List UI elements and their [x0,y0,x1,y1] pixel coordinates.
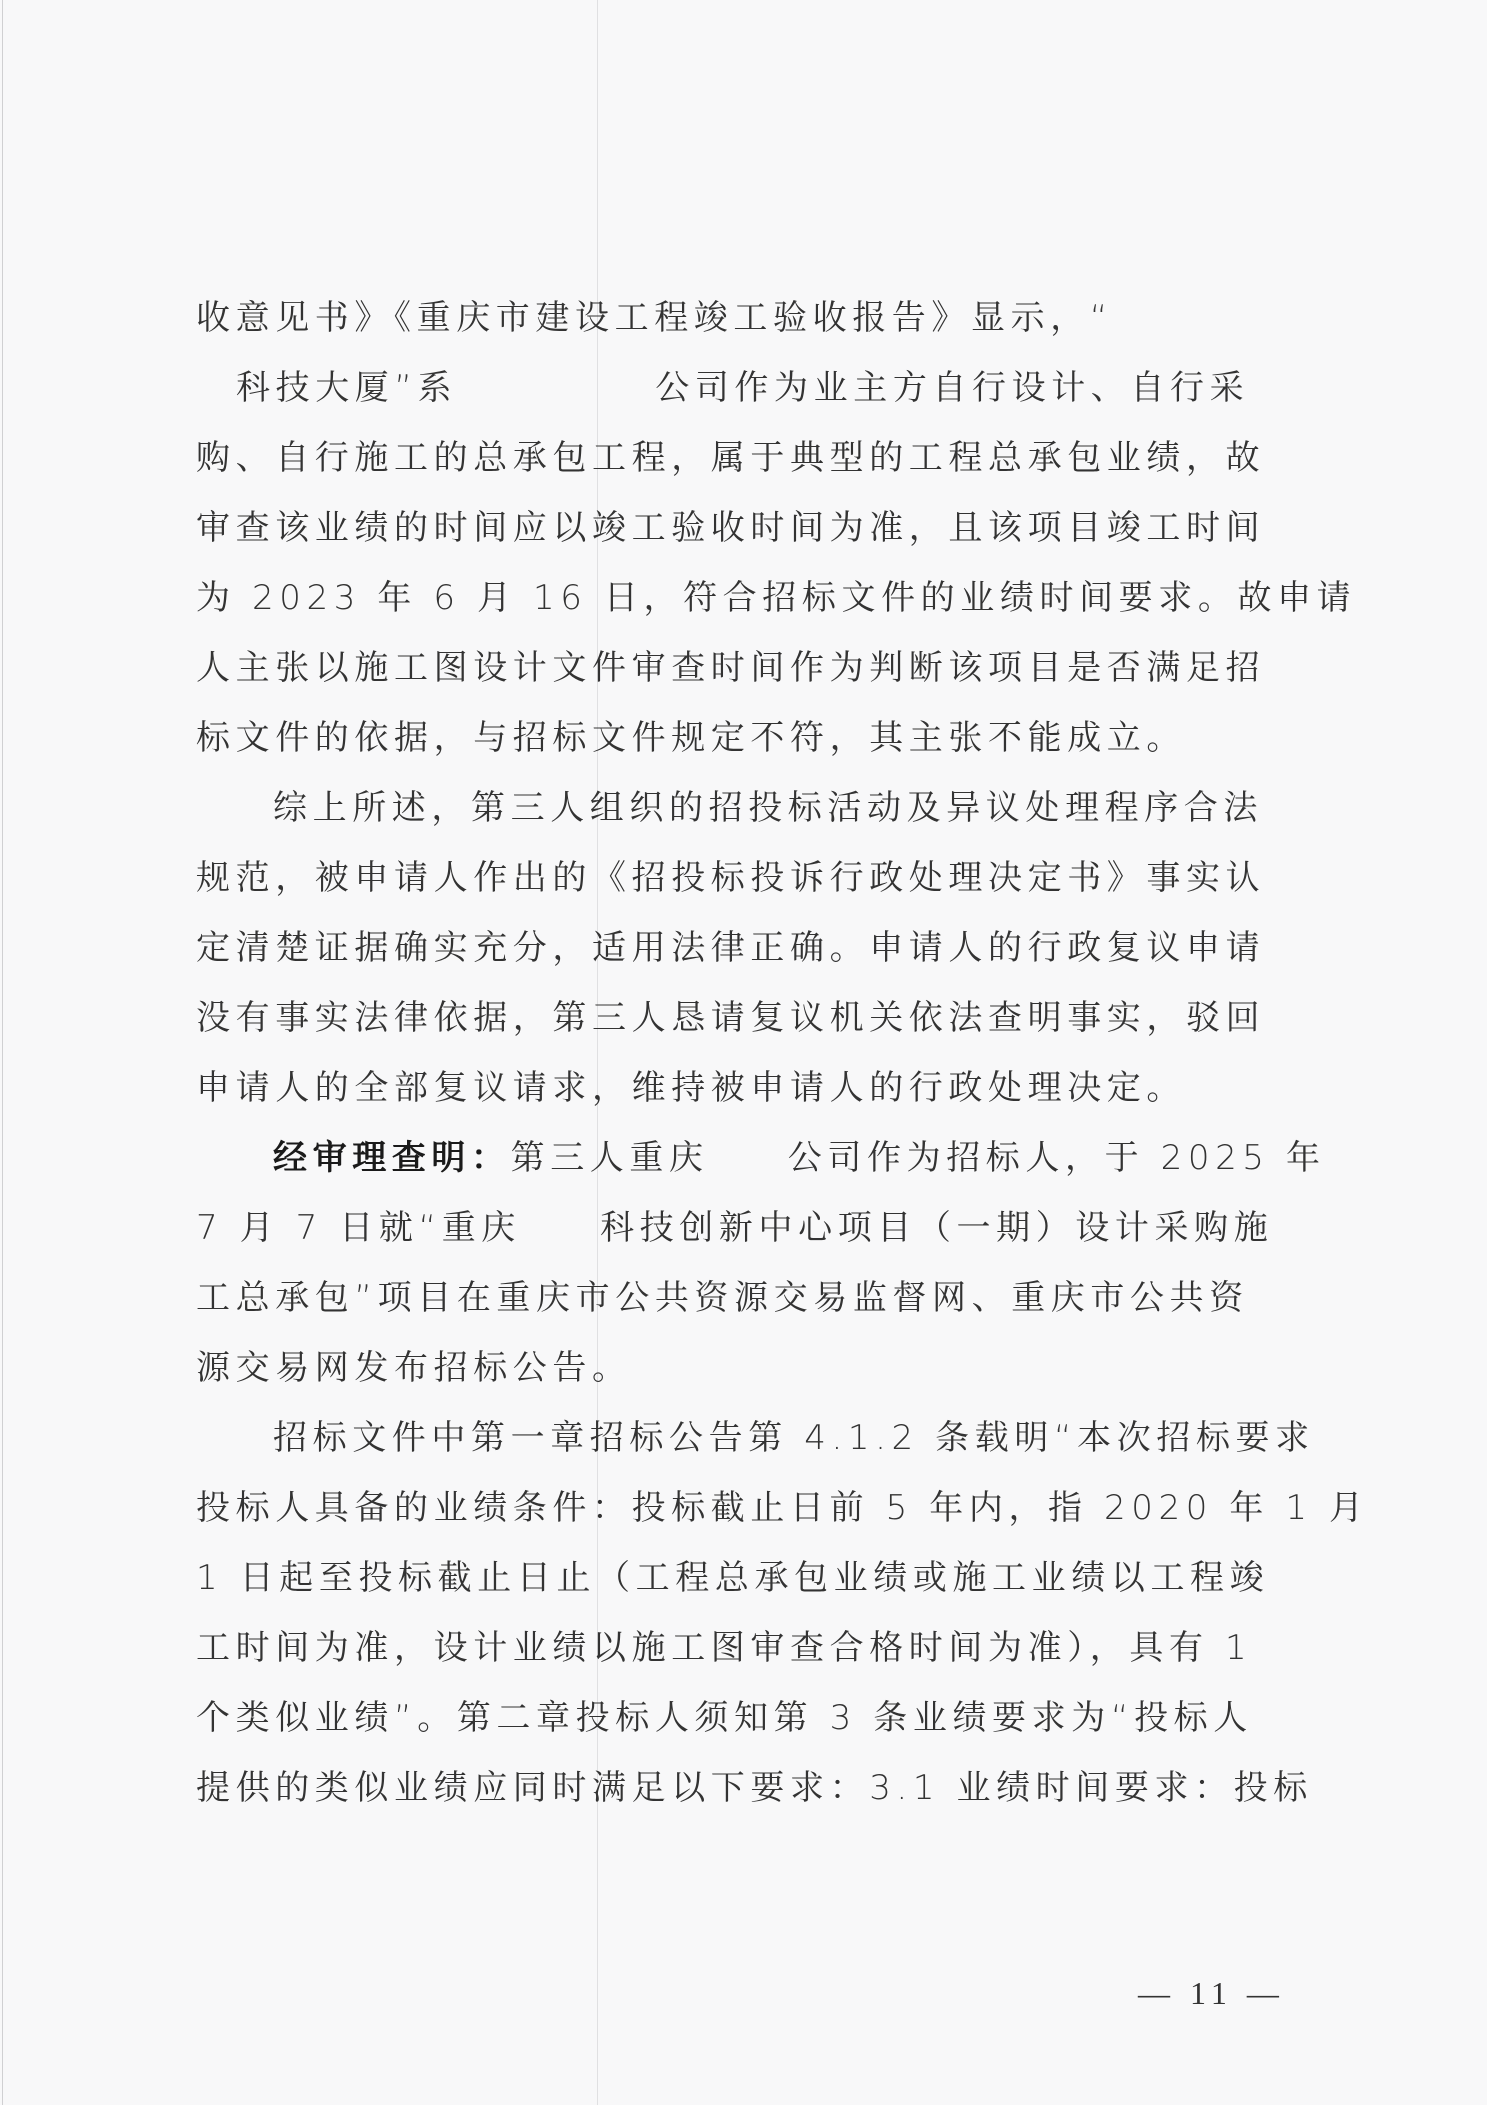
text-line: 收意见书》《重庆市建设工程竣工验收报告》显示，“ [196,283,1316,353]
text-line: 标文件的依据，与招标文件规定不符，其主张不能成立。 [196,703,1316,773]
text-line: 工总承包”项目在重庆市公共资源交易监督网、重庆市公共资 [196,1263,1316,1333]
findings-heading: 经审理查明： [273,1138,511,1178]
paragraph-start-line: 招标文件中第一章招标公告第 4.1.2 条载明“本次招标要求 [196,1403,1316,1473]
text-line: 源交易网发布招标公告。 [196,1333,1316,1403]
text-line: 购、自行施工的总承包工程，属于典型的工程总承包业绩，故 [196,423,1316,493]
text-line: 提供的类似业绩应同时满足以下要求：3.1 业绩时间要求：投标 [196,1753,1316,1823]
text-line: 科技大厦”系 公司作为业主方自行设计、自行采 [196,353,1316,423]
page-number: — 11 — [1138,1975,1285,2012]
text-line: 个类似业绩”。第二章投标人须知第 3 条业绩要求为“投标人 [196,1683,1316,1753]
text-line: 7 月 7 日就“重庆 科技创新中心项目（一期）设计采购施 [196,1193,1316,1263]
text-span: 第三人重庆 公司作为招标人，于 2025 年 [511,1138,1326,1178]
paragraph-start-line: 经审理查明：第三人重庆 公司作为招标人，于 2025 年 [196,1123,1316,1193]
text-line: 投标人具备的业绩条件：投标截止日前 5 年内，指 2020 年 1 月 [196,1473,1316,1543]
document-page: 收意见书》《重庆市建设工程竣工验收报告》显示，“ 科技大厦”系 公司作为业主方自… [0,0,1487,2105]
text-line: 申请人的全部复议请求，维持被申请人的行政处理决定。 [196,1053,1316,1123]
scan-edge-line [2,0,3,2105]
paragraph-start-line: 综上所述，第三人组织的招投标活动及异议处理程序合法 [196,773,1316,843]
text-line: 定清楚证据确实充分，适用法律正确。申请人的行政复议申请 [196,913,1316,983]
text-line: 人主张以施工图设计文件审查时间作为判断该项目是否满足招 [196,633,1316,703]
text-line: 工时间为准，设计业绩以施工图审查合格时间为准），具有 1 [196,1613,1316,1683]
text-line: 1 日起至投标截止日止（工程总承包业绩或施工业绩以工程竣 [196,1543,1316,1613]
text-line: 审查该业绩的时间应以竣工验收时间为准，且该项目竣工时间 [196,493,1316,563]
text-line: 没有事实法律依据，第三人恳请复议机关依法查明事实，驳回 [196,983,1316,1053]
text-line: 规范，被申请人作出的《招投标投诉行政处理决定书》事实认 [196,843,1316,913]
document-body: 收意见书》《重庆市建设工程竣工验收报告》显示，“ 科技大厦”系 公司作为业主方自… [196,283,1316,1823]
text-line: 为 2023 年 6 月 16 日，符合招标文件的业绩时间要求。故申请 [196,563,1316,633]
